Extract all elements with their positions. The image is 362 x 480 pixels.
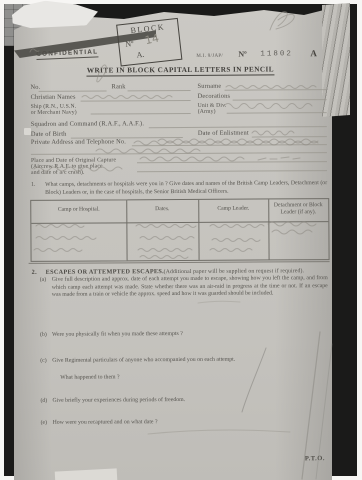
item-b-text: Were you physically fit when you made th… (52, 330, 328, 339)
item-c2-text: What happened to them ? (60, 374, 260, 383)
field-rule (39, 90, 107, 91)
field-label-date-of-birth: Date of Birth (31, 131, 67, 138)
item-e-text: How were you recaptured and on what date… (53, 418, 329, 427)
field-rule (137, 170, 327, 172)
scanned-form-page: CONFIDENTIAL BLOCK Nº 14 A. M.I. 9/JAP/ … (0, 0, 362, 480)
item-e-label: (e) (41, 420, 53, 428)
item-c-text: Give Regimental particulars of anyone wh… (52, 356, 328, 365)
form-instruction-title: WRITE IN BLOCK CAPITAL LETTERS IN PENCIL (70, 65, 290, 74)
field-label-decorations: Decorations (198, 93, 231, 100)
table-header-dates: Dates. (126, 206, 198, 213)
table-header-detachment-leader: Detachment or Block Leader (if any). (270, 202, 326, 216)
field-label-squadron: Squadron and Command (R.A.F., A.A.F.). (31, 120, 144, 128)
section2-heading-note: (Additional paper will be supplied on re… (164, 268, 304, 275)
confidential-stamp: CONFIDENTIAL (36, 48, 98, 60)
table-header-camp-leader: Camp Leader. (198, 205, 268, 212)
pto-footer: P.T.O. (305, 455, 325, 462)
field-label-capture-3: and date of a/c crash). (31, 170, 85, 177)
field-label-rank: Rank (112, 83, 126, 90)
field-label-private-address: Private Address and Telephone No. (31, 138, 126, 146)
field-label-date-of-enlistment: Date of Enlistment (198, 130, 249, 137)
item-a-label: (a) (40, 277, 52, 285)
block-no-handwritten-value: 14 (144, 32, 160, 48)
table-header-camp-or-hospital: Camp or Hospital. (31, 206, 126, 213)
block-number-stamp: BLOCK Nº 14 A. (116, 18, 182, 67)
reference-prefix: M.I. 9/JAP/ (196, 54, 223, 59)
section1-number: 1. (31, 182, 43, 190)
field-rule (132, 144, 327, 146)
reference-no-label: Nº (238, 50, 246, 59)
block-no-label: Nº (125, 39, 134, 49)
item-b-label: (b) (40, 332, 52, 340)
section1-question: What camps, detachments or hospitals wer… (45, 180, 327, 197)
field-rule (225, 89, 327, 91)
field-label-ship-2: or Merchant Navy) (31, 110, 77, 117)
section2-heading: ESCAPES OR ATTEMPTED ESCAPES. (46, 268, 164, 276)
section2-number: 2. (32, 269, 37, 276)
field-rule (252, 136, 327, 137)
field-rule (137, 161, 327, 163)
field-rule (233, 99, 327, 101)
field-rule (227, 112, 327, 114)
field-rule (128, 90, 191, 91)
table-header-divider (31, 221, 328, 224)
camps-table: Camp or Hospital. Dates. Camp Leader. De… (30, 198, 329, 262)
field-label-christian-names: Christian Names (31, 94, 76, 101)
field-label-surname: Surname (198, 83, 222, 90)
item-d-label: (d) (40, 398, 52, 406)
item-a-text: Give full description and approx. date o… (52, 275, 328, 300)
item-c-label: (c) (40, 358, 52, 366)
field-rule (31, 152, 327, 155)
reference-number: 11802 (260, 50, 293, 58)
field-label-unit-div-2: (Army) (198, 109, 216, 115)
block-stamp-suffix: A. (136, 50, 145, 60)
reference-suffix: A (310, 48, 317, 58)
field-rule (91, 113, 191, 115)
form-content: CONFIDENTIAL BLOCK Nº 14 A. M.I. 9/JAP/ … (0, 0, 362, 480)
form-instruction-text: WRITE IN BLOCK CAPITAL LETTERS IN PENCIL (87, 65, 274, 76)
field-rule (81, 100, 191, 102)
field-rule (149, 126, 327, 128)
item-d-text: Give briefly your experiences during per… (52, 396, 328, 405)
